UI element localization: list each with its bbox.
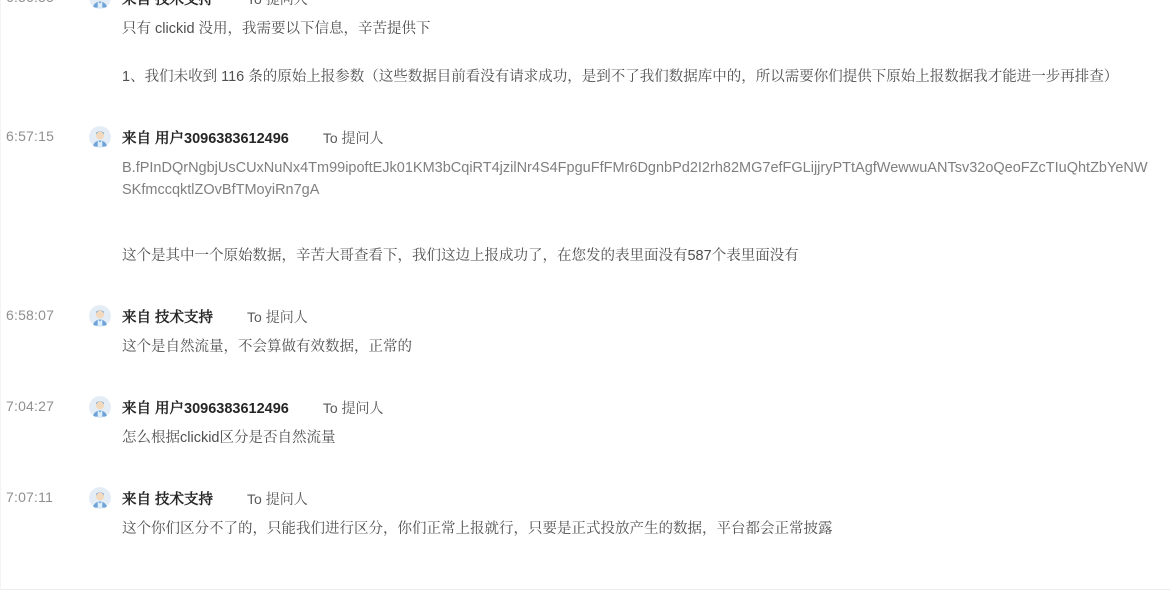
message-row: 7:07:11 来自 技术支持 To 提问人 这个你们区分不了的，只能我们进行区…: [1, 486, 1170, 540]
message-paragraph: 只有 clickid 没用，我需要以下信息，辛苦提供下: [122, 18, 1157, 40]
person-avatar-icon: [89, 126, 111, 148]
message-row: 6:56:55 来自 技术支持 To 提问人 只有 clickid 没用，我需要…: [1, 0, 1170, 88]
message-header: 来自 用户3096383612496 To 提问人: [122, 395, 1157, 418]
message-timestamp: 6:56:55: [1, 0, 89, 5]
message-row: 7:04:27 来自 用户3096383612496 To 提问人 怎么根据cl…: [1, 395, 1170, 449]
message-paragraph: 这个是其中一个原始数据，辛苦大哥查看下，我们这边上报成功了，在您发的表里面没有5…: [122, 245, 1157, 267]
message-content: 来自 用户3096383612496 To 提问人 B.fPInDQrNgbjU…: [122, 125, 1170, 267]
message-timestamp: 6:58:07: [1, 304, 89, 323]
message-sender: 来自 技术支持: [122, 306, 213, 327]
chat-message-log: 6:56:55 来自 技术支持 To 提问人 只有 clickid 没用，我需要…: [0, 0, 1170, 590]
message-sender: 来自 技术支持: [122, 0, 213, 9]
message-header: 来自 技术支持 To 提问人: [122, 304, 1157, 327]
message-recipient: To 提问人: [247, 489, 308, 509]
message-body: 这个你们区分不了的，只能我们进行区分，你们正常上报就行，只要是正式投放产生的数据…: [122, 518, 1157, 540]
message-timestamp: 7:04:27: [1, 395, 89, 414]
message-content: 来自 用户3096383612496 To 提问人 怎么根据clickid区分是…: [122, 395, 1170, 449]
person-avatar-icon: [89, 396, 111, 418]
person-avatar-icon: [89, 0, 111, 9]
message-header: 来自 技术支持 To 提问人: [122, 486, 1157, 509]
message-sender: 来自 用户3096383612496: [122, 127, 289, 148]
message-timestamp: 7:07:11: [1, 486, 89, 505]
person-avatar-icon: [89, 126, 111, 148]
person-avatar-icon: [89, 305, 111, 327]
message-header: 来自 用户3096383612496 To 提问人: [122, 125, 1157, 148]
message-paragraph: 1、我们未收到 116 条的原始上报参数（这些数据目前看没有请求成功，是到不了我…: [122, 66, 1157, 88]
person-avatar-icon: [89, 487, 111, 509]
person-avatar-icon: [89, 305, 111, 327]
message-row: 6:58:07 来自 技术支持 To 提问人 这个是自然流量，不会算做有效数据，…: [1, 304, 1170, 358]
message-body: 这个是自然流量，不会算做有效数据，正常的: [122, 336, 1157, 358]
message-sender: 来自 用户3096383612496: [122, 397, 289, 418]
message-header: 来自 技术支持 To 提问人: [122, 0, 1157, 9]
message-content: 来自 技术支持 To 提问人 这个是自然流量，不会算做有效数据，正常的: [122, 304, 1170, 358]
message-body: 只有 clickid 没用，我需要以下信息，辛苦提供下1、我们未收到 116 条…: [122, 18, 1157, 88]
message-recipient: To 提问人: [247, 0, 308, 9]
message-sender: 来自 技术支持: [122, 488, 213, 509]
message-paragraph: 这个是自然流量，不会算做有效数据，正常的: [122, 336, 1157, 358]
message-paragraph: 怎么根据clickid区分是否自然流量: [122, 427, 1157, 449]
message-content: 来自 技术支持 To 提问人 这个你们区分不了的，只能我们进行区分，你们正常上报…: [122, 486, 1170, 540]
message-body: 怎么根据clickid区分是否自然流量: [122, 427, 1157, 449]
message-paragraph: 这个你们区分不了的，只能我们进行区分，你们正常上报就行，只要是正式投放产生的数据…: [122, 518, 1157, 540]
message-body: B.fPInDQrNgbjUsCUxNuNx4Tm99ipoftEJk01KM3…: [122, 157, 1157, 267]
message-recipient: To 提问人: [323, 398, 384, 418]
message-token-text: B.fPInDQrNgbjUsCUxNuNx4Tm99ipoftEJk01KM3…: [122, 157, 1157, 201]
person-avatar-icon: [89, 396, 111, 418]
message-content: 来自 技术支持 To 提问人 只有 clickid 没用，我需要以下信息，辛苦提…: [122, 0, 1170, 88]
message-recipient: To 提问人: [247, 307, 308, 327]
message-row: 6:57:15 来自 用户3096383612496 To 提问人 B.fPIn…: [1, 125, 1170, 267]
message-recipient: To 提问人: [323, 128, 384, 148]
person-avatar-icon: [89, 0, 111, 9]
person-avatar-icon: [89, 487, 111, 509]
message-list: 6:56:55 来自 技术支持 To 提问人 只有 clickid 没用，我需要…: [1, 0, 1170, 540]
message-timestamp: 6:57:15: [1, 125, 89, 144]
